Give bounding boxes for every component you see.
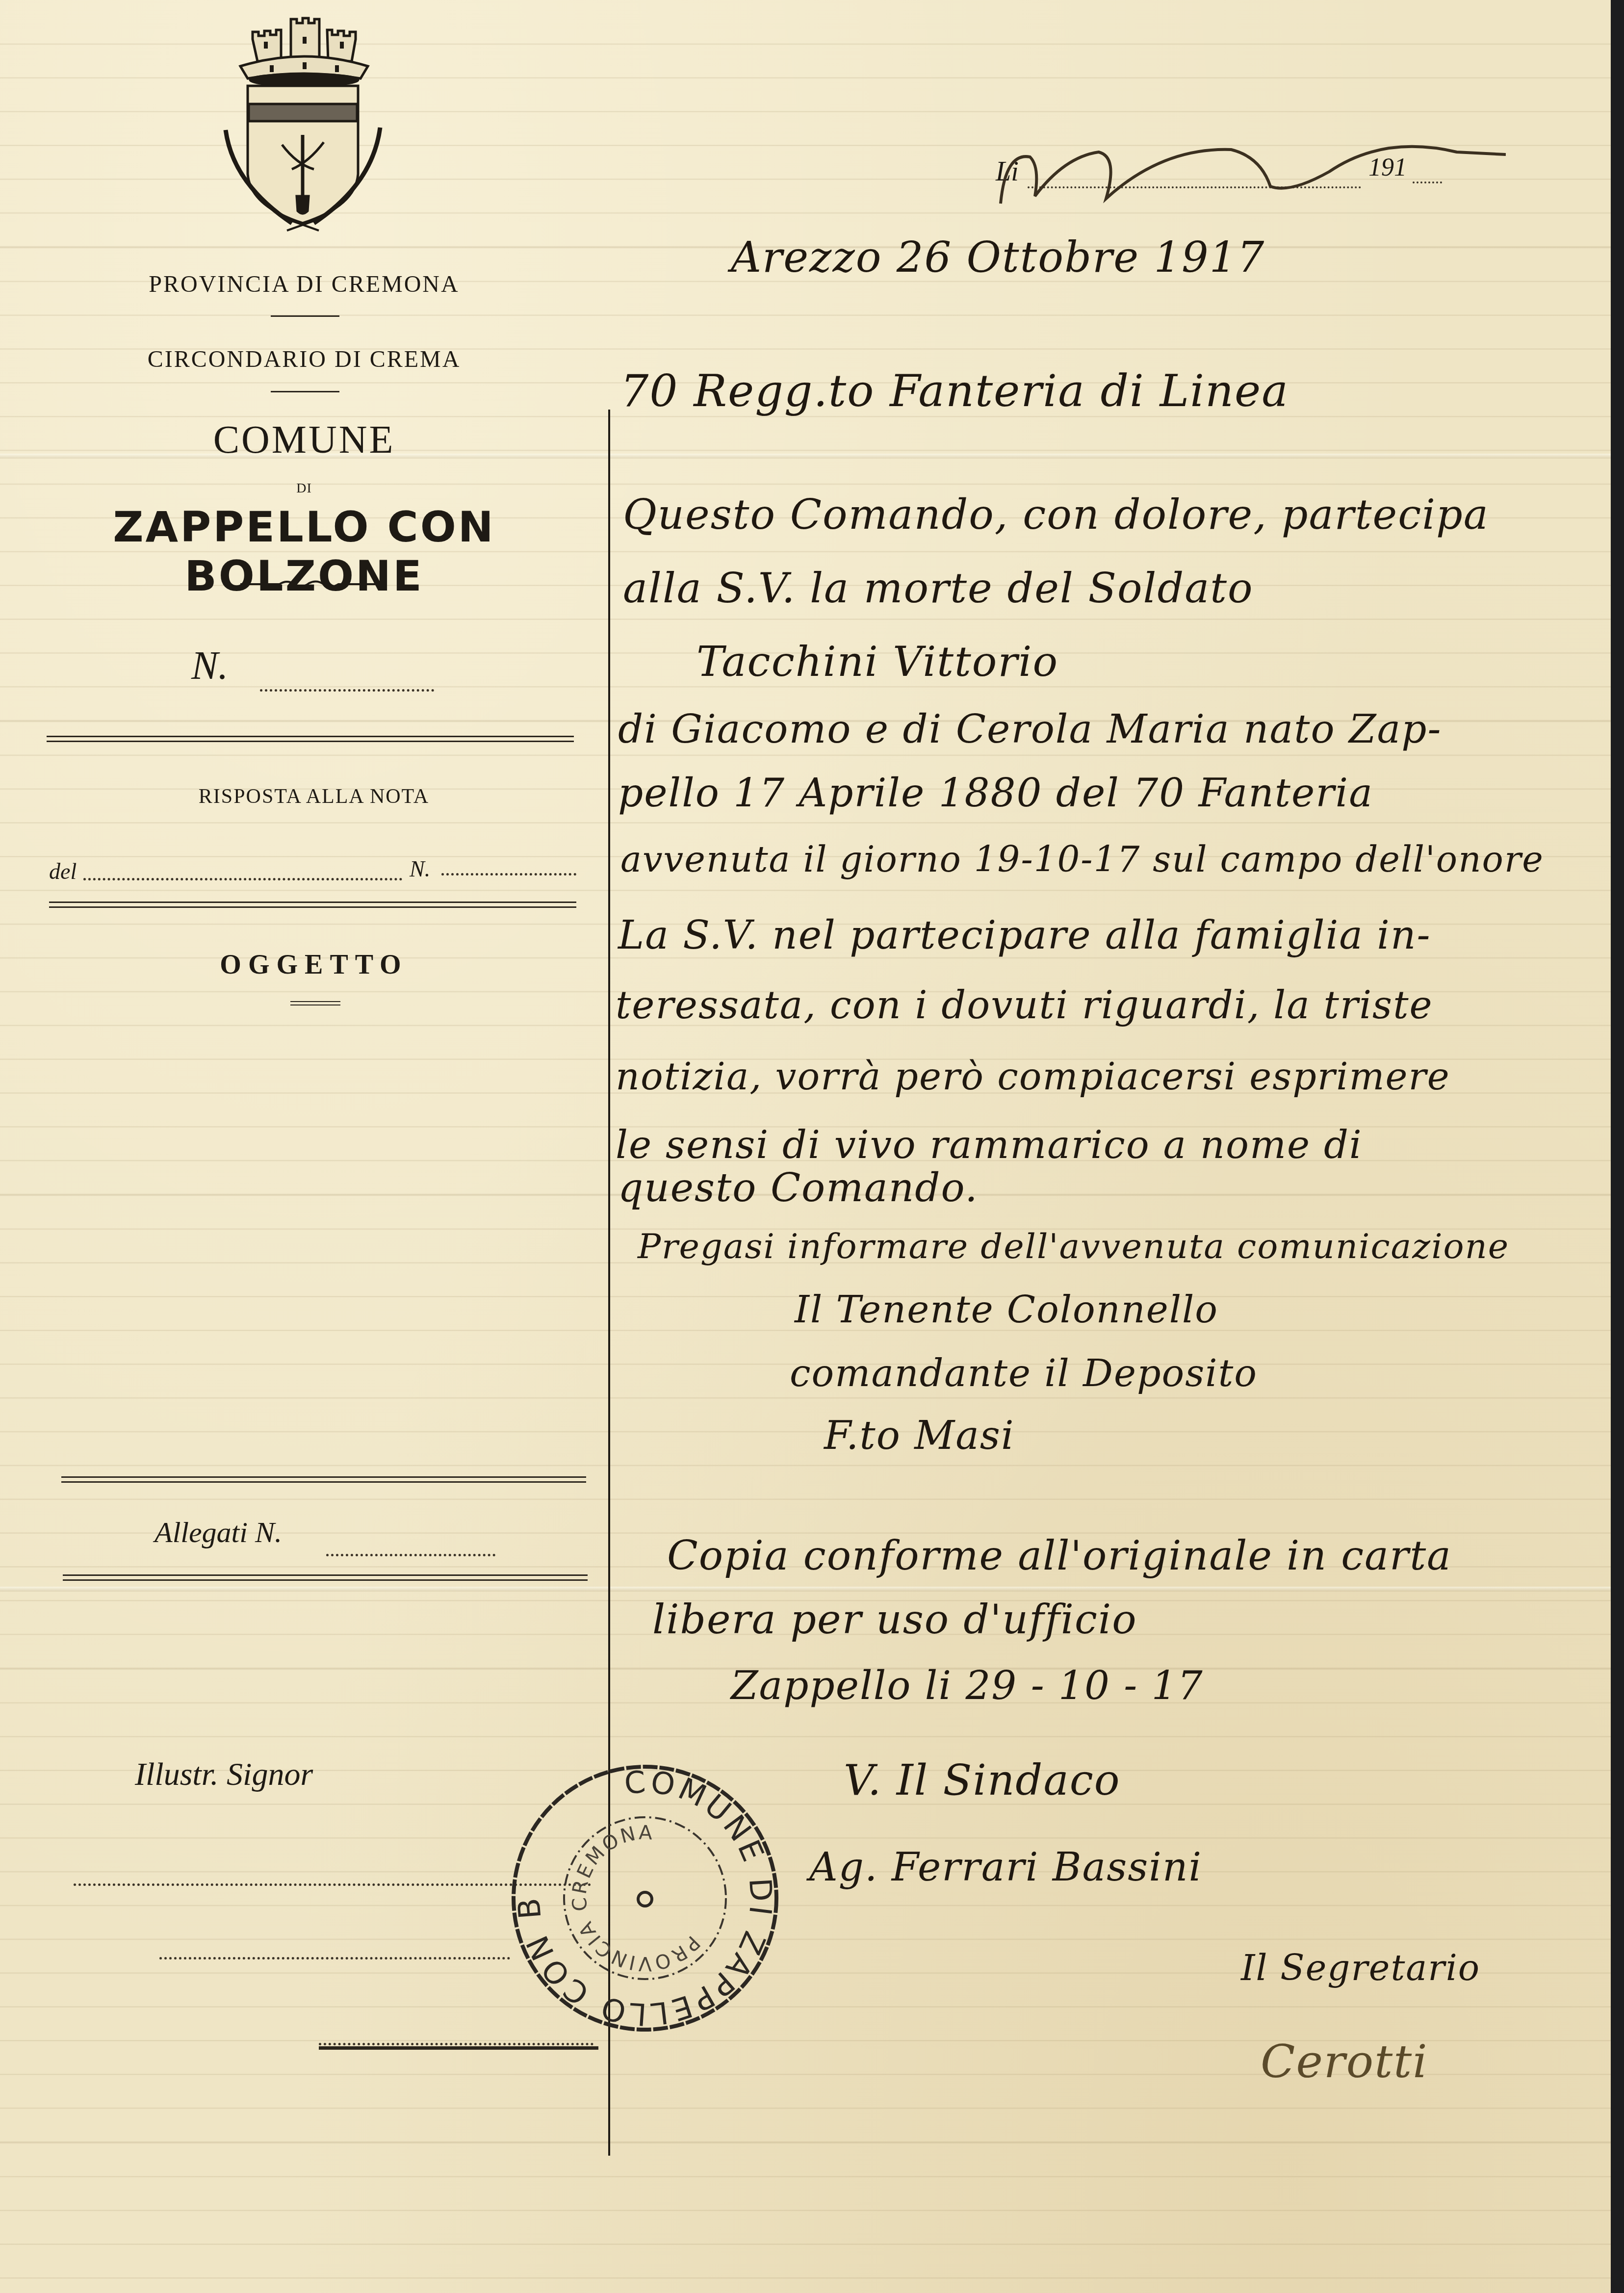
subject-label: OGGETTO [39,949,589,980]
comune-label: COMUNE [39,418,569,463]
double-rule [47,736,574,742]
addressee-field-3[interactable] [319,2043,593,2045]
district-label: CIRCONDARIO DI CREMA [39,346,569,373]
divider [271,315,339,317]
attachments-field[interactable] [326,1554,495,1556]
body-line: le sensi di vivo rammarico a nome di [616,1123,1363,1167]
attachments-label: Allegati N. [155,1516,282,1549]
number-label: N. [191,643,228,689]
municipal-stamp: COMUNE DI ZAPPELLO CON BOLZONE PROVINCIA… [508,1761,782,2035]
reply-number-label: N. [410,856,430,882]
reply-date-field[interactable] [83,878,402,880]
di-label: DI [39,481,569,496]
body-line: avvenuta il giorno 19-10-17 sul campo de… [620,839,1544,880]
place-date: Arezzo 26 Ottobre 1917 [731,233,1265,282]
soldier-name: Tacchini Vittorio [696,638,1058,686]
signatory-role: comandante il Deposito [790,1351,1258,1395]
fold-crease [0,1587,1611,1592]
body-line: teressata, con i dovuti riguardi, la tri… [616,983,1433,1028]
signatory-title: Il Tenente Colonnello [795,1288,1218,1331]
coat-of-arms-icon [223,12,385,238]
secretary-title: Il Segretario [1241,1947,1480,1988]
signatory-name: F.to Masi [824,1413,1014,1458]
double-rule [61,1476,586,1483]
body-line: pello 17 Aprile 1880 del 70 Fanteria [618,770,1373,816]
mayor-title: V. Il Sindaco [844,1756,1121,1805]
regiment-heading: 70 Regg.to Fanteria di Linea [620,365,1289,417]
svg-text:COMUNE DI ZAPPELLO CON BOLZONE: COMUNE DI ZAPPELLO CON BOLZONE [508,1761,779,2033]
svg-text:PROVINCIA CREMONA: PROVINCIA CREMONA [546,1802,739,1995]
pen-flourish-icon [976,137,1506,206]
certification-line: Copia conforme all'originale in carta [667,1533,1452,1579]
certification-line: libera per uso d'ufficio [652,1597,1137,1643]
stamp-seal-icon: COMUNE DI ZAPPELLO CON BOLZONE PROVINCIA… [508,1761,782,2035]
bottom-rule [319,2046,598,2050]
body-line: questo Comando. [618,1165,979,1211]
divider [271,391,339,392]
body-line: alla S.V. la morte del Soldato [623,564,1254,612]
reply-label: RISPOSTA ALLA NOTA [39,785,589,808]
body-line: di Giacomo e di Cerola Maria nato Zap- [618,706,1442,752]
double-rule [63,1574,588,1581]
reply-date-label: del [49,858,77,884]
double-rule [49,902,576,908]
addressee-label: Illustr. Signor [135,1756,313,1793]
mayor-signature: Ag. Ferrari Bassini [809,1844,1202,1890]
certification-place-date: Zappello li 29 - 10 - 17 [731,1663,1204,1708]
body-line: La S.V. nel partecipare alla famiglia in… [618,912,1431,958]
body-line: Questo Comando, con dolore, partecipa [623,490,1489,539]
request-line: Pregasi informare dell'avvenuta comunica… [638,1226,1509,1266]
body-line: notizia, vorrà però compiacersi esprimer… [616,1055,1450,1098]
secretary-signature: Cerotti [1261,2035,1428,2088]
addressee-field-2[interactable] [159,1957,510,1959]
province-label: PROVINCIA DI CREMONA [39,271,569,298]
short-double-rule [290,1001,340,1005]
reply-number-field[interactable] [441,873,576,876]
number-field[interactable] [260,689,434,692]
ornament-divider-icon [240,576,378,591]
